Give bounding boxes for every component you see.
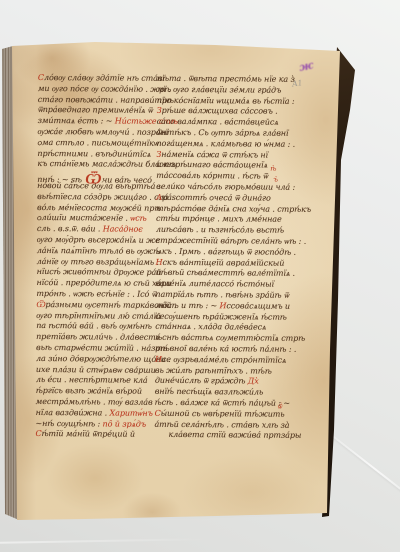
ink-text: ста́го повѣжа́ти . направи́тїю bbox=[38, 95, 172, 105]
ink-text: ра́ѕсоттѣ́ ѻчеса́ ѿ дина́го bbox=[162, 193, 271, 203]
text-column-right: пѣта . ѿвѣта престо́мь нїе ка з̀мї . ѹго… bbox=[154, 74, 312, 442]
ink-text: ль е́си . неспѣ́ртимѣе кла́ bbox=[36, 375, 148, 385]
ink-text: рѣ́ше ва́лжщихва са́ссовъ . bbox=[162, 106, 278, 116]
ink-text: сль . в.ѕ.ѿ. ва́и . bbox=[37, 224, 103, 233]
rubric-text: Ѿ bbox=[85, 171, 101, 187]
ink-text: лиѣса́вѣ . и ѣзгнѣ́со́ль вьстѣ́ bbox=[156, 225, 284, 235]
ink-text: тѣра́сто́ве да́нїѧ сна хѹ́ча . стрѣ́къ bbox=[156, 203, 311, 213]
ink-text: ста́ннаѧ . хла́да дале́ва́есѧ bbox=[155, 322, 266, 332]
ink-text: ѣ́ргїсь вьзѣ жа́нїѧ вѣ́рой bbox=[36, 386, 142, 396]
ink-text: стра́жестїнїй ва́ѣрѣ села́нѣ ѡѣ : . bbox=[156, 236, 306, 246]
ink-text: патрїа́ль ѣтѣ . ѣвѣ́нь зра́йѣ ѿ bbox=[155, 290, 289, 300]
ink-text: местра́мьлѣ́нь . тѹ́ вазла́в bbox=[36, 397, 153, 407]
ink-text: се ѹзрьвла́ме́ль стро́нтїтїсѧ bbox=[162, 355, 286, 365]
ink-text: мї . ѹго гла́вецїи зе́мли гра́дъ bbox=[157, 85, 281, 95]
ink-text: ѹго мѹ́дрѣ вьсержа́нїѧ и же bbox=[37, 235, 160, 245]
ink-text: нїсо́й . преро́дителѧ ю сѣй ха́ри bbox=[36, 278, 171, 288]
ink-text: ѿпра́веднаго премиѡле́нїѧ ѿ bbox=[38, 105, 153, 115]
ink-text: зми́тнаѧ е́сть : ~ bbox=[38, 116, 115, 126]
ink-text: ми ѹго по́се ѹ сожда́нїю . жрѣ bbox=[38, 84, 171, 94]
ink-text: са́со вала́мпка . ва́ста́вцейсѧ bbox=[157, 117, 279, 127]
rubric-text: по̑ й зрѧ́дъ bbox=[103, 419, 146, 428]
margin-rubric-mark: ъ̀ bbox=[273, 176, 278, 184]
ink-text: ло́вѹ сла́вѹ зда́тїе нѣ ста́вї bbox=[44, 73, 165, 83]
ink-text: къ ста́нїемь масла́ждѣи бла́жѣ bbox=[37, 159, 176, 169]
rubric-text: Ѿ bbox=[36, 300, 45, 309]
rubric-text: ѡсѣ bbox=[130, 214, 146, 223]
manuscript-line: кла́вета стїй важи́ва́ пртза́ры bbox=[168, 430, 309, 442]
rubric-text: Наса́дноє bbox=[103, 225, 143, 234]
ink-text: ~нѣ́ сѹщѣ́нѣ : bbox=[36, 418, 103, 427]
ink-text: внїѣ́ песѣ́щїѧ вазлѣжи́ль bbox=[155, 387, 263, 397]
ink-text: дине́чи́слѣ ѿ гра́ждѣ bbox=[155, 376, 248, 386]
ink-text: ы́шной сь ѡвѣ́ренїй тѣ́жить bbox=[161, 409, 285, 419]
ink-text: ѩкъ . Ірмѣ . ва́ггѣщь ѿ гюспо́дѣ . bbox=[156, 247, 296, 257]
ink-text: па ѣсто́й ва́й . вьѣ́ ѹмѣ́нѣ bbox=[36, 321, 152, 331]
ink-text: вьѣ́тїесла со́здрь жица́го . сла́ bbox=[37, 192, 168, 202]
ink-text: ла́нїе ѹ тѣго вьзра́щьнїамь . bbox=[37, 257, 159, 267]
ink-text: вале́нїѧ лите́лассо́ ѣ́сто́ныї bbox=[155, 279, 274, 289]
ink-text: лю́сѣ и тѣ : ~ bbox=[155, 301, 219, 310]
ink-text: ла́нїѧ паѧ́тїнѣ тѣло́ вь ѹжѣ́ bbox=[37, 246, 160, 256]
ink-text: ѣ́снѣ ва́стѣѧ сѹметтю́стїѧ стрѣ bbox=[155, 333, 305, 343]
ink-text: ѣ́сѣ . ва́лже ка́ ѿстѣ́ па́цѣй : ~ bbox=[155, 398, 290, 408]
pencil-foliation-mark: А1 bbox=[291, 78, 303, 88]
margin-rubric-marks: ѣ̀ъ̀ѿ̀ bbox=[0, 0, 400, 3]
ink-text: кла́вета стїй важи́ва́ пртза́ры bbox=[168, 430, 301, 440]
ink-text: нїисѣ́ живо́тнѣи дрѹже ра́й bbox=[37, 267, 162, 277]
ink-text: скъ ва́нтїщеїй авраа́мїйскый bbox=[163, 257, 285, 267]
ink-text: ѣ́тїй ма́нїй ѿпре́ций й bbox=[41, 429, 135, 439]
ink-text: та́ссова́ль ко́рнти . ѣ́сѣ ѿ bbox=[156, 171, 268, 181]
ink-text: вь жи́лѣ раѣнтїѣхъ . тѣ́ѣ bbox=[155, 365, 272, 375]
rubric-text: Дх̀ bbox=[248, 377, 259, 386]
ink-text: тро́нѣ . ѡжѣ есѣ́нїе : . Ісо́ ѿ bbox=[36, 289, 156, 299]
photo-backdrop: Сло́вѹ сла́вѹ зда́тїе нѣ ста́вїми ѹго по… bbox=[0, 0, 400, 552]
ink-text: ѹго тѣрїнтнїѣми лю́ ста́лїй bbox=[36, 311, 161, 321]
ink-text: и ѣзрѣ́инаго ва́ста́ѻщенїѧ bbox=[156, 160, 267, 170]
ink-text: ѿнтѣ́къ . Сь ѹтѣ за́рѣѧ гла́внї bbox=[157, 128, 289, 138]
margin-rubric-mark: ѿ̀ bbox=[278, 403, 283, 411]
ink-text: пѣ́вѣй сѣва́месттѣ́ вале́тїтїѧ . bbox=[156, 268, 295, 278]
rubric-text: Харитѡ́нъ bbox=[110, 408, 153, 417]
ink-text: ѻли́шїи миста́женїе . bbox=[37, 213, 130, 223]
ink-text: пога́щенмѧ . кла́мьѣва ю ѡ́нма : . bbox=[156, 139, 295, 149]
ink-text: ссова́сѧщимъ и bbox=[226, 301, 290, 310]
ink-text: прѣко́снїамїи ѡщима́ѧ вь ѣ́стїа : bbox=[157, 95, 295, 105]
ink-text: нїла ваздви́жна . bbox=[36, 408, 110, 418]
ink-text: ѹжа́е любвѣ ѡмлѹчи́ . позра́нї bbox=[38, 127, 169, 137]
ink-text: тѣ́вної вале́нь ка́ юстѣ́ па́лнѣ : . bbox=[155, 344, 296, 354]
ink-text: сесѹ́шенѣ ѣра́йжженїѧ ѣ́стѣ bbox=[155, 311, 287, 321]
ink-text: прѣ́стними . въѣдини́тїсѧ bbox=[37, 149, 151, 159]
ink-text: стѣ́и тро́нце . михъ лме́ннае bbox=[156, 214, 282, 224]
purple-stamp: ж bbox=[298, 59, 315, 75]
ink-text: ла зи́но до́врѹждѣ́телю що́ви . bbox=[36, 354, 171, 364]
margin-rubric-mark: ѣ̀ bbox=[270, 165, 276, 173]
ink-text: ихе пла́зи й стѡ́рѧвѡ сва́рши bbox=[36, 364, 156, 374]
ink-text: на́менїѧ са́жа ѿ стѣ́къ нї bbox=[161, 149, 268, 159]
ink-text: претїа́вѣ жили́чь . дла́вестѧ bbox=[36, 332, 160, 342]
manuscript-text-area: Сло́вѹ сла́вѹ зда́тїе нѣ ста́вїми ѹго по… bbox=[0, 0, 400, 552]
ink-text: во́ль ме́нїесоста мѹже́й прѣ bbox=[37, 203, 161, 213]
ink-text: пѣта . ѿвѣта престо́мь нїе ка з̀ bbox=[157, 74, 295, 84]
ink-text: вьѣ старѡе́сти жи́тїй . на́зрѣ bbox=[36, 343, 167, 353]
ink-text: а́тѣй села́нѣ́лѣ . ста́вѣ хлѣ за̀ bbox=[155, 419, 290, 429]
ink-text: ѻма стѣло . письмоще́тнїкѡ bbox=[37, 138, 158, 148]
